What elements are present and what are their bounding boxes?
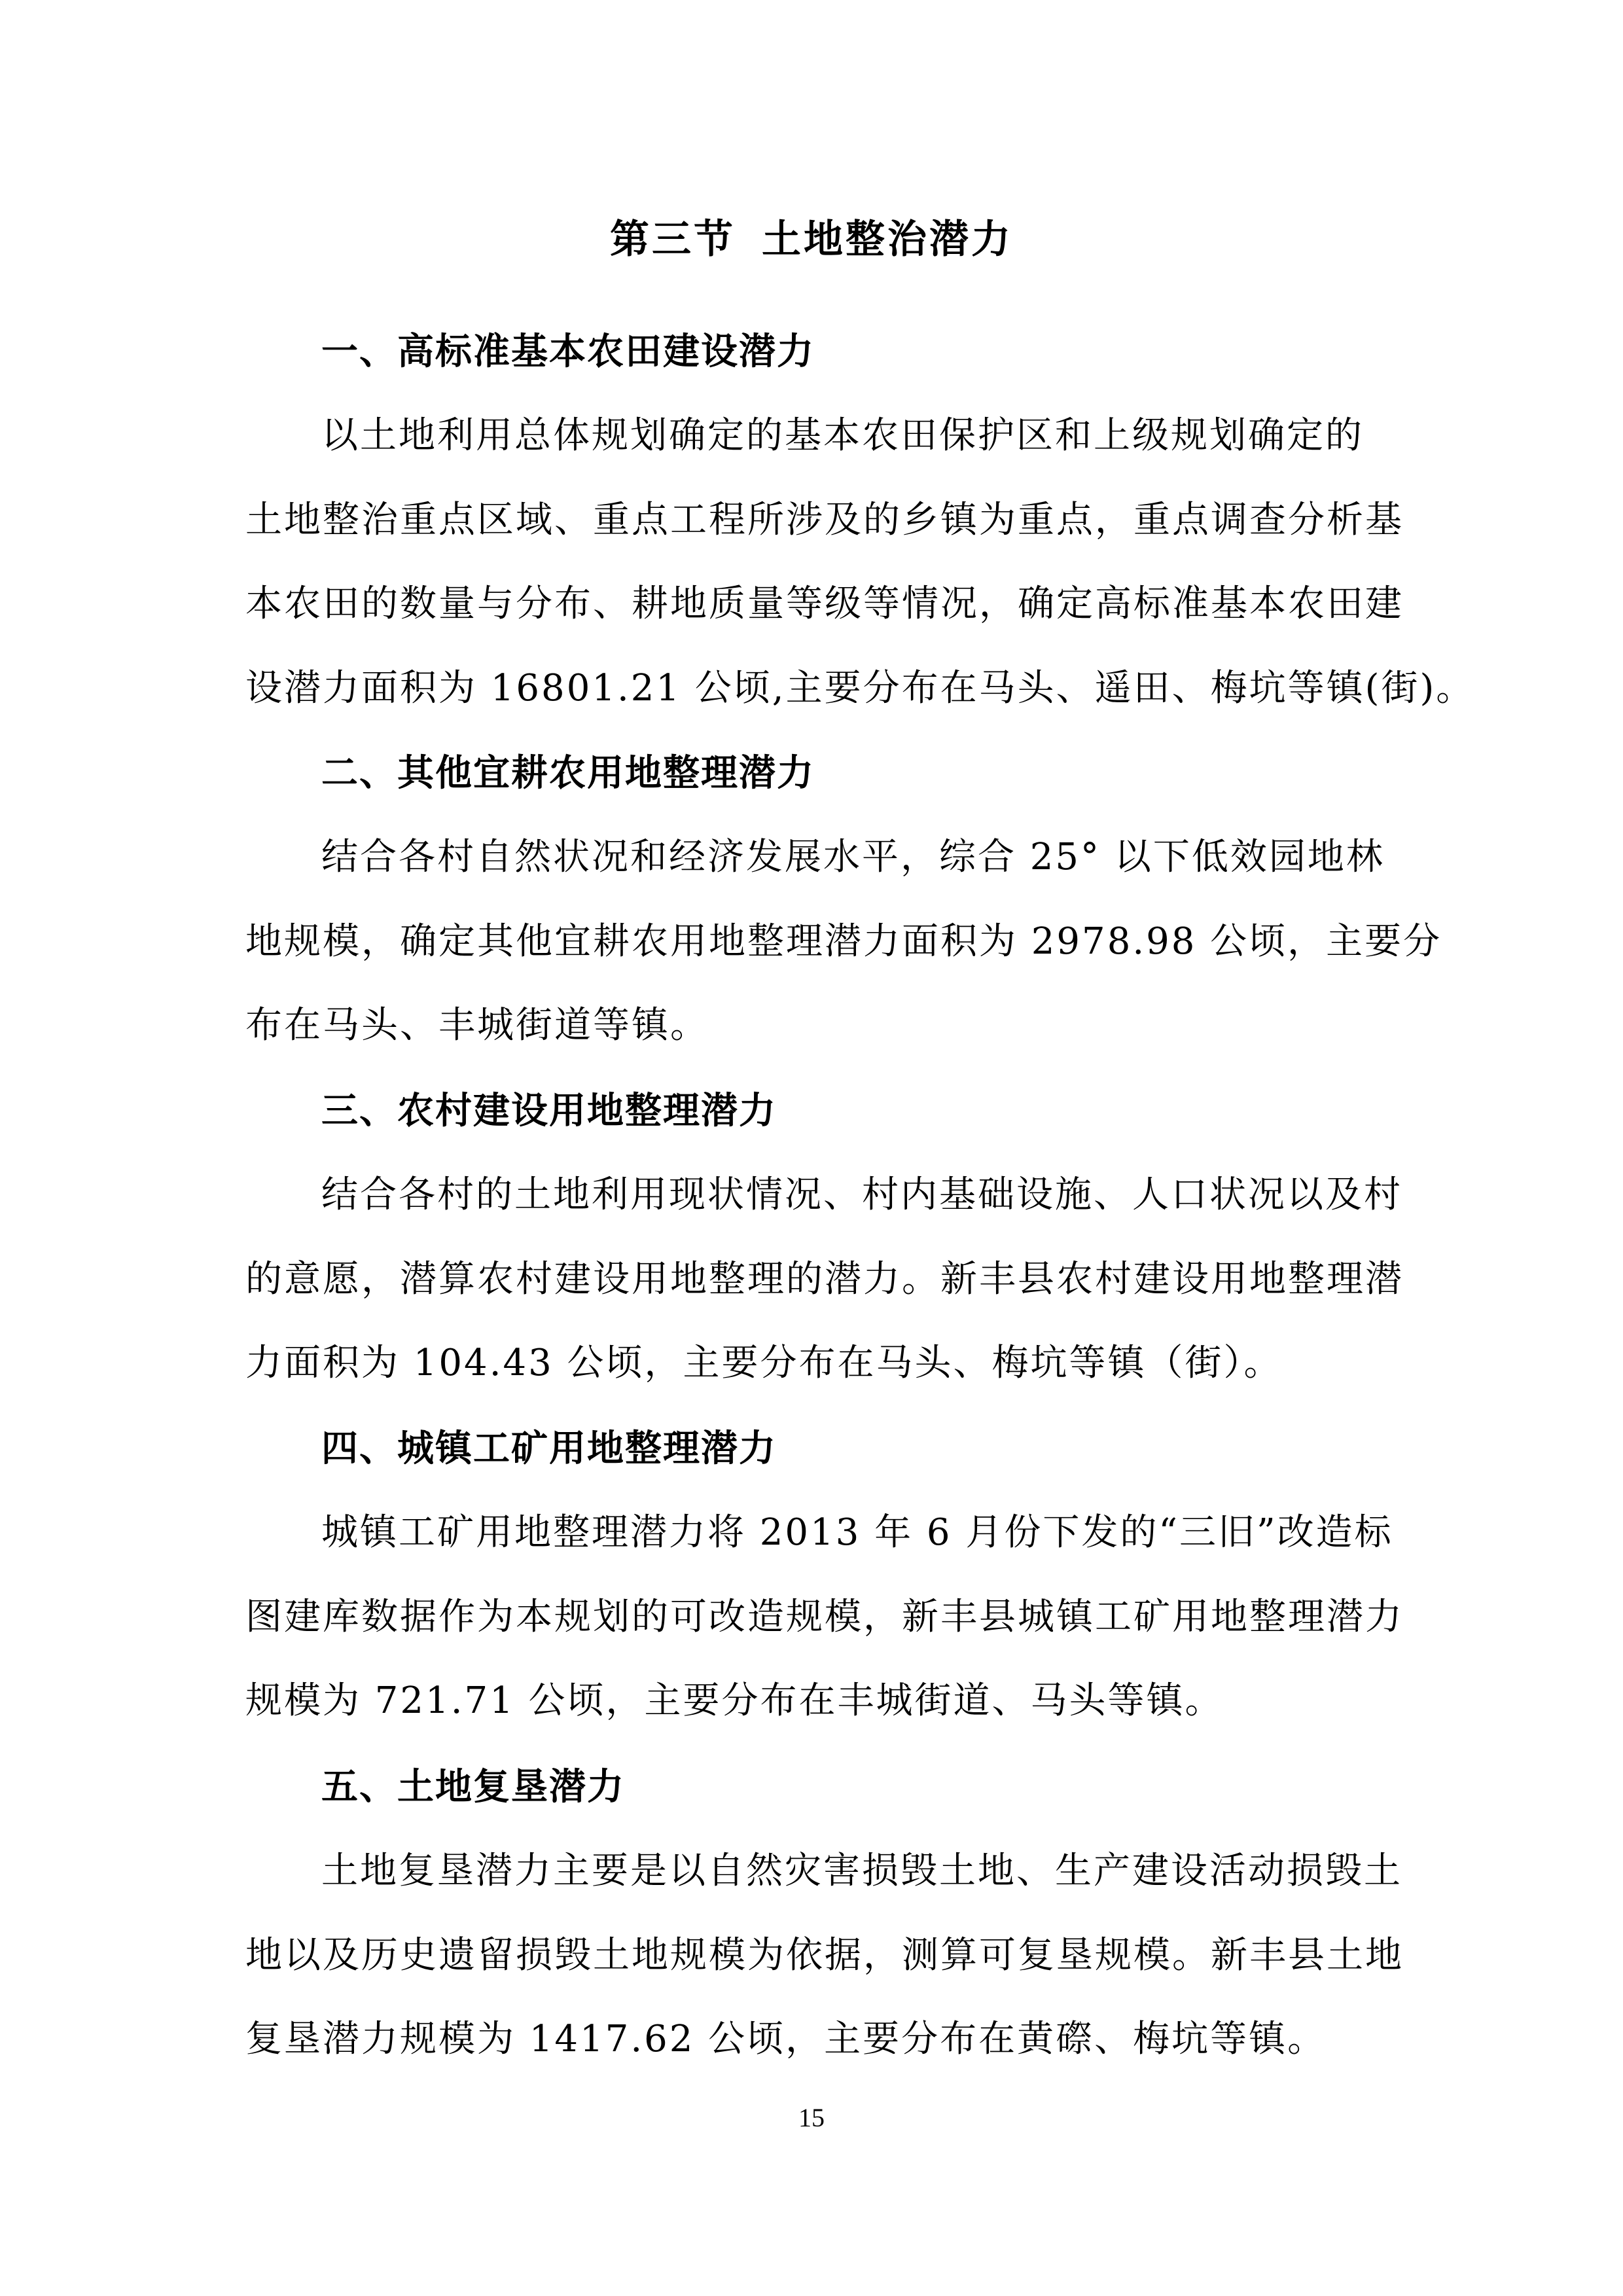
section-title: 第三节土地整治潜力 (0, 208, 1623, 264)
paragraph-line: 布在马头、丰城街道等镇。 (245, 984, 1378, 1068)
paragraph-line: 结合各村的土地利用现状情况、村内基础设施、人口状况以及村 (245, 1153, 1378, 1238)
section-paragraph: 以土地利用总体规划确定的基本农田保护区和上级规划确定的 土地整治重点区域、重点工… (245, 394, 1378, 730)
section-heading: 二、其他宜耕农用地整理潜力 (245, 732, 1378, 816)
section-heading: 五、土地复垦潜力 (245, 1746, 1378, 1829)
section-paragraph: 城镇工矿用地整理潜力将 2013 年 6 月份下发的“三旧”改造标 图建库数据作… (245, 1491, 1378, 1744)
paragraph-line: 图建库数据作为本规划的可改造规模，新丰县城镇工矿用地整理潜力 (245, 1575, 1378, 1660)
paragraph-line: 本农田的数量与分布、耕地质量等级等情况，确定高标准基本农田建 (245, 562, 1378, 647)
paragraph-line: 土地复垦潜力主要是以自然灾害损毁土地、生产建设活动损毁土 (245, 1829, 1378, 1914)
section-title-text: 土地整治潜力 (762, 217, 1013, 262)
paragraph-line: 土地整治重点区域、重点工程所涉及的乡镇为重点，重点调查分析基 (245, 478, 1378, 563)
section-heading: 一、高标准基本农田建设潜力 (245, 310, 1378, 394)
paragraph-line: 地规模，确定其他宜耕农用地整理潜力面积为 2978.98 公顷，主要分 (245, 900, 1378, 984)
section-rural-construction-land: 三、农村建设用地整理潜力 结合各村的土地利用现状情况、村内基础设施、人口状况以及… (245, 1069, 1378, 1406)
section-heading: 四、城镇工矿用地整理潜力 (245, 1407, 1378, 1491)
paragraph-line: 复垦潜力规模为 1417.62 公顷，主要分布在黄磜、梅坑等镇。 (245, 1998, 1378, 2082)
section-heading: 三、农村建设用地整理潜力 (245, 1069, 1378, 1153)
paragraph-line: 的意愿，潜算农村建设用地整理的潜力。新丰县农村建设用地整理潜 (245, 1238, 1378, 1322)
section-paragraph: 土地复垦潜力主要是以自然灾害损毁土地、生产建设活动损毁土 地以及历史遗留损毁土地… (245, 1829, 1378, 2082)
page-number: 15 (0, 2102, 1623, 2133)
paragraph-line: 地以及历史遗留损毁土地规模为依据，测算可复垦规模。新丰县土地 (245, 1914, 1378, 1998)
section-urban-industrial-land: 四、城镇工矿用地整理潜力 城镇工矿用地整理潜力将 2013 年 6 月份下发的“… (245, 1407, 1378, 1744)
section-title-number: 第三节 (610, 217, 736, 262)
section-land-reclamation: 五、土地复垦潜力 土地复垦潜力主要是以自然灾害损毁土地、生产建设活动损毁土 地以… (245, 1746, 1378, 2082)
paragraph-line: 规模为 721.71 公顷，主要分布在丰城街道、马头等镇。 (245, 1659, 1378, 1744)
paragraph-line: 结合各村自然状况和经济发展水平，综合 25° 以下低效园地林 (245, 816, 1378, 900)
section-other-arable-land: 二、其他宜耕农用地整理潜力 结合各村自然状况和经济发展水平，综合 25° 以下低… (245, 732, 1378, 1068)
section-paragraph: 结合各村自然状况和经济发展水平，综合 25° 以下低效园地林 地规模，确定其他宜… (245, 816, 1378, 1068)
paragraph-line: 城镇工矿用地整理潜力将 2013 年 6 月份下发的“三旧”改造标 (245, 1491, 1378, 1575)
document-page: 第三节土地整治潜力 一、高标准基本农田建设潜力 以土地利用总体规划确定的基本农田… (0, 0, 1623, 2296)
section-high-standard-farmland: 一、高标准基本农田建设潜力 以土地利用总体规划确定的基本农田保护区和上级规划确定… (245, 310, 1378, 730)
paragraph-line: 以土地利用总体规划确定的基本农田保护区和上级规划确定的 (245, 394, 1378, 478)
section-paragraph: 结合各村的土地利用现状情况、村内基础设施、人口状况以及村 的意愿，潜算农村建设用… (245, 1153, 1378, 1406)
paragraph-line: 设潜力面积为 16801.21 公顷,主要分布在马头、遥田、梅坑等镇(街)。 (245, 647, 1378, 731)
paragraph-line: 力面积为 104.43 公顷，主要分布在马头、梅坑等镇（街）。 (245, 1321, 1378, 1406)
